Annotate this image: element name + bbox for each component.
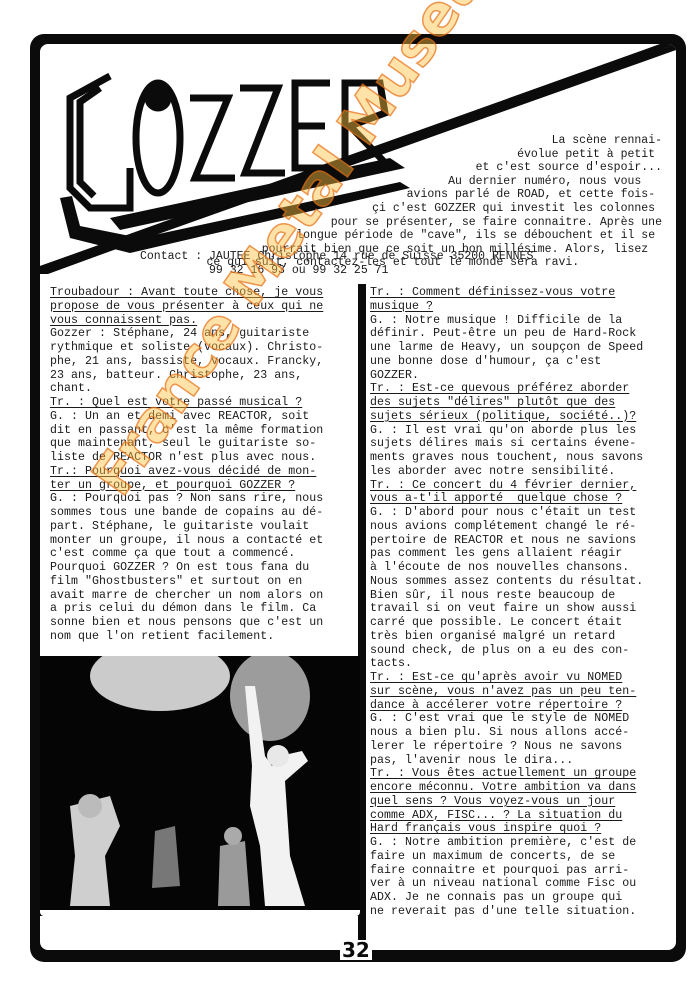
answer-line: que maintenant, seul le guitariste so- [50, 437, 360, 451]
question-line: propose de vous présenter à ceux qui ne [50, 300, 360, 314]
interview-column-right: Tr. : Comment définissez-vous votremusiq… [370, 286, 670, 919]
answer-line: sound check, de plus on a eu des con- [370, 644, 670, 658]
answer-line: sonne bien et nous pensons que c'est un [50, 616, 360, 630]
question-line: des sujets "délires" plutôt que des [370, 396, 670, 410]
answer-line: part. Stéphane, le guitariste voulait [50, 520, 360, 534]
question-line: Tr. : Est-ce quevous préférez aborder [370, 382, 670, 396]
answer-line: lerer le répertoire ? Nous ne savons [370, 740, 670, 754]
page-number: 32 [340, 940, 372, 960]
answer-line: G. : Notre ambition première, c'est de [370, 836, 670, 850]
answer-line: nous a bien plu. Si nous allons accé- [370, 726, 670, 740]
answer-line: c'est comme ça que tout a commencé. [50, 547, 360, 561]
answer-line: une larme de Heavy, un soupçon de Speed [370, 341, 670, 355]
answer-line: rythmique et soliste (vocaux). Christo- [50, 341, 360, 355]
question-line: vous a-t'il apporté quelque chose ? [370, 492, 670, 506]
answer-line: G. : D'abord pour nous c'était un test [370, 506, 670, 520]
phone-line: 99 32 16 93 ou 99 32 25 71 [140, 264, 388, 277]
answer-line: phe, 21 ans, bassiste, vocaux. Francky, [50, 355, 360, 369]
answer-line: nous avions complétement changé le ré- [370, 520, 670, 534]
interview-column-left: Troubadour : Avant toute chose, je vousp… [50, 286, 360, 644]
answer-line: ADX. Je ne connais pas un groupe qui [370, 891, 670, 905]
answer-line: sommes tous une bande de copains au dé- [50, 506, 360, 520]
question-line: Tr. : Est-ce qu'après avoir vu NOMED [370, 671, 670, 685]
intro-line: La scène rennai- [102, 134, 662, 148]
answer-line: G. : C'est vrai que le style de NOMED [370, 712, 670, 726]
answer-line: pas comment les gens allaient réagir [370, 547, 670, 561]
answer-line: faire un maximum de concerts, de se [370, 850, 670, 864]
photo-bottom-edge [40, 910, 360, 916]
answer-line: film "Ghostbusters" et surtout on en [50, 575, 360, 589]
question-line: musique ? [370, 300, 670, 314]
answer-line: pertoire de REACTOR et nous ne savions [370, 534, 670, 548]
intro-line: pour se présenter, se faire connaitre. A… [102, 216, 662, 230]
answer-line: Bien sûr, il nous reste beaucoup de [370, 589, 670, 603]
answer-line: ver à un niveau national comme Fisc ou [370, 877, 670, 891]
question-line: Tr. : Ce concert du 4 février dernier, [370, 479, 670, 493]
answer-line: à l'écoute de nos nouvelles chansons. [370, 561, 670, 575]
answer-line: monter un groupe, il nous a contacté et [50, 534, 360, 548]
answer-line: dit en passant, c'est la même formation [50, 424, 360, 438]
answer-line: définir. Peut-être un peu de Hard-Rock [370, 327, 670, 341]
contact-info: Contact : JAUTEE Christophe 14 rue de Su… [140, 250, 533, 277]
answer-line: chant. [50, 382, 360, 396]
answer-line: une bonne dose d'humour, ça c'est [370, 355, 670, 369]
answer-line: Nous sommes assez contents du résultat. [370, 575, 670, 589]
question-line: Tr.: Pourquoi avez-vous décidé de mon- [50, 465, 360, 479]
intro-line: çi c'est GOZZER qui investit les colonne… [102, 202, 662, 216]
answer-line: G. : Notre musique ! Difficile de la [370, 314, 670, 328]
question-line: encore méconnu. Votre ambition va dans [370, 781, 670, 795]
answer-line: G. : Il est vrai qu'on aborde plus les [370, 424, 670, 438]
answer-line: tacts. [370, 657, 670, 671]
question-line: sujets sérieux (politique, société..)? [370, 410, 670, 424]
question-line: sur scène, vous n'avez pas un peu ten- [370, 685, 670, 699]
answer-line: pas, l'avenir nous le dira... [370, 754, 670, 768]
question-line: Hard français vous inspire quoi ? [370, 822, 670, 836]
answer-line: G. : Pourquoi pas ? Non sans rire, nous [50, 492, 360, 506]
answer-line: Pourquoi GOZZER ? On est tous fana du [50, 561, 360, 575]
question-line: Tr. : Quel est votre passé musical ? [50, 396, 360, 410]
answer-line: 23 ans, batteur. Christophe, 23 ans, [50, 369, 360, 383]
intro-line: évolue petit à petit [102, 148, 662, 162]
answer-line: ne reverait pas d'une telle situation. [370, 905, 670, 919]
answer-line: travail si on veut faire un show aussi [370, 602, 670, 616]
question-line: vous connaissent pas. [50, 314, 360, 328]
answer-line: GOZZER. [370, 369, 670, 383]
concert-photo [40, 656, 360, 916]
intro-line: Au dernier numéro, nous vous [102, 175, 662, 189]
question-line: ter un groupe, et pourquoi GOZZER ? [50, 479, 360, 493]
intro-line: avions parlé de ROAD, et cette fois- [102, 188, 662, 202]
question-line: dance à accélerer votre répertoire ? [370, 699, 670, 713]
question-line: Troubadour : Avant toute chose, je vous [50, 286, 360, 300]
contact-line: Contact : JAUTEE Christophe 14 rue de Su… [140, 250, 533, 263]
page-frame: La scène rennai- évolue petit à petit et… [30, 34, 686, 962]
answer-line: a pris celui du démon dans le film. Ca [50, 602, 360, 616]
answer-line: sujets délires mais si certains évene- [370, 437, 670, 451]
question-line: Tr. : Vous êtes actuellement un groupe [370, 767, 670, 781]
answer-line: nom que l'on retient facilement. [50, 630, 360, 644]
intro-line: et c'est source d'espoir... [102, 161, 662, 175]
page-content: La scène rennai- évolue petit à petit et… [40, 44, 676, 950]
answer-line: liste de REACTOR n'est plus avec nous. [50, 451, 360, 465]
intro-line: longue période de "cave", ils se débouch… [102, 229, 662, 243]
answer-line: Gozzer : Stéphane, 24 ans, guitariste [50, 327, 360, 341]
answer-line: faire connaitre et pourquoi pas arri- [370, 864, 670, 878]
question-line: comme ADX, FISC... ? La situation du [370, 809, 670, 823]
answer-line: carré que possible. Le concert était [370, 616, 670, 630]
question-line: Tr. : Comment définissez-vous votre [370, 286, 670, 300]
answer-line: avait marre de chercher un nom alors on [50, 589, 360, 603]
answer-line: G. : Un an et demi avec REACTOR, soit [50, 410, 360, 424]
question-line: quel sens ? Vous voyez-vous un jour [370, 795, 670, 809]
answer-line: les aborder avec notre sensibilité. [370, 465, 670, 479]
answer-line: ments graves nous touchent, nous savons [370, 451, 670, 465]
answer-line: très bien organisé malgré un retard [370, 630, 670, 644]
